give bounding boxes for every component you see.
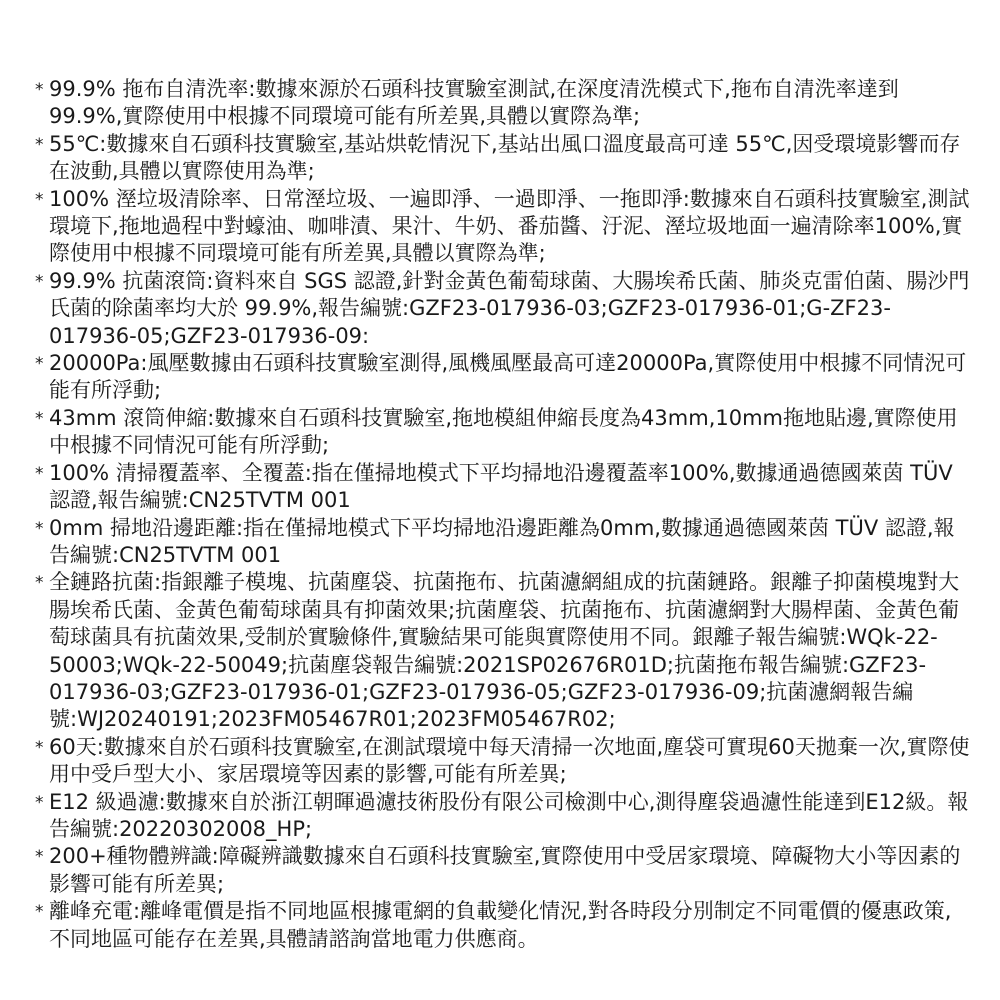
footnote-item: * E12 級過濾:數據來自於浙江朝暉過濾技術股份有限公司檢測中心,測得塵袋過濾… bbox=[35, 789, 972, 844]
asterisk-marker: * bbox=[35, 570, 44, 597]
asterisk-marker: * bbox=[35, 516, 44, 543]
asterisk-marker: * bbox=[35, 406, 44, 433]
asterisk-marker: * bbox=[35, 132, 44, 159]
footnote-item: * 20000Pa:風壓數據由石頭科技實驗室測得,風機風壓最高可達20000Pa… bbox=[35, 350, 972, 405]
asterisk-marker: * bbox=[35, 844, 44, 871]
footnote-text: 43mm 滾筒伸縮:數據來自石頭科技實驗室,拖地模組伸縮長度為43mm,10mm… bbox=[49, 406, 958, 457]
footnote-item: * 55℃:數據來自石頭科技實驗室,基站烘乾情況下,基站出風口溫度最高可達 55… bbox=[35, 131, 972, 186]
footnote-text: 離峰充電:離峰電價是指不同地區根據電網的負載變化情況,對各時段分別制定不同電價的… bbox=[49, 899, 951, 950]
asterisk-marker: * bbox=[35, 735, 44, 762]
footnote-item: * 200+種物體辨識:障礙辨識數據來自石頭科技實驗室,實際使用中受居家環境、障… bbox=[35, 843, 972, 898]
asterisk-marker: * bbox=[35, 351, 44, 378]
footnote-text: 99.9% 拖布自清洗率:數據來源於石頭科技實驗室測試,在深度清洗模式下,拖布自… bbox=[49, 77, 899, 128]
asterisk-marker: * bbox=[35, 187, 44, 214]
footnote-text: 20000Pa:風壓數據由石頭科技實驗室測得,風機風壓最高可達20000Pa,實… bbox=[49, 351, 966, 402]
disclaimer-page: * 99.9% 拖布自清洗率:數據來源於石頭科技實驗室測試,在深度清洗模式下,拖… bbox=[0, 0, 1000, 1000]
footnote-item: * 100% 溼垃圾清除率、日常溼垃圾、一遍即淨、一過即淨、一拖即淨:數據來自石… bbox=[35, 186, 972, 268]
asterisk-marker: * bbox=[35, 461, 44, 488]
footnote-item: * 全鏈路抗菌:指銀離子模塊、抗菌塵袋、抗菌拖布、抗菌濾網組成的抗菌鏈路。銀離子… bbox=[35, 569, 972, 733]
footnote-item: * 99.9% 拖布自清洗率:數據來源於石頭科技實驗室測試,在深度清洗模式下,拖… bbox=[35, 76, 972, 131]
footnote-text: E12 級過濾:數據來自於浙江朝暉過濾技術股份有限公司檢測中心,測得塵袋過濾性能… bbox=[49, 790, 968, 841]
footnote-text: 100% 清掃覆蓋率、全覆蓋:指在僅掃地模式下平均掃地沿邊覆蓋率100%,數據通… bbox=[49, 461, 953, 512]
footnote-text: 200+種物體辨識:障礙辨識數據來自石頭科技實驗室,實際使用中受居家環境、障礙物… bbox=[49, 844, 960, 895]
asterisk-marker: * bbox=[35, 790, 44, 817]
asterisk-marker: * bbox=[35, 899, 44, 926]
asterisk-marker: * bbox=[35, 77, 44, 104]
footnote-list: * 99.9% 拖布自清洗率:數據來源於石頭科技實驗室測試,在深度清洗模式下,拖… bbox=[35, 76, 972, 953]
footnote-item: * 0mm 掃地沿邊距離:指在僅掃地模式下平均掃地沿邊距離為0mm,數據通過德國… bbox=[35, 515, 972, 570]
footnote-item: * 99.9% 抗菌滾筒:資料來自 SGS 認證,針對金黃色葡萄球菌、大腸埃希氏… bbox=[35, 268, 972, 350]
footnote-text: 100% 溼垃圾清除率、日常溼垃圾、一遍即淨、一過即淨、一拖即淨:數據來自石頭科… bbox=[49, 187, 969, 266]
asterisk-marker: * bbox=[35, 269, 44, 296]
footnote-item: * 離峰充電:離峰電價是指不同地區根據電網的負載變化情況,對各時段分別制定不同電… bbox=[35, 898, 972, 953]
footnote-text: 99.9% 抗菌滾筒:資料來自 SGS 認證,針對金黃色葡萄球菌、大腸埃希氏菌、… bbox=[49, 269, 969, 348]
footnote-text: 0mm 掃地沿邊距離:指在僅掃地模式下平均掃地沿邊距離為0mm,數據通過德國萊茵… bbox=[49, 516, 955, 567]
footnote-item: * 100% 清掃覆蓋率、全覆蓋:指在僅掃地模式下平均掃地沿邊覆蓋率100%,數… bbox=[35, 460, 972, 515]
footnote-text: 全鏈路抗菌:指銀離子模塊、抗菌塵袋、抗菌拖布、抗菌濾網組成的抗菌鏈路。銀離子抑菌… bbox=[49, 570, 959, 731]
footnote-item: * 43mm 滾筒伸縮:數據來自石頭科技實驗室,拖地模組伸縮長度為43mm,10… bbox=[35, 405, 972, 460]
footnote-text: 60天:數據來自於石頭科技實驗室,在測試環境中每天清掃一次地面,塵袋可實現60天… bbox=[49, 735, 970, 786]
footnote-text: 55℃:數據來自石頭科技實驗室,基站烘乾情況下,基站出風口溫度最高可達 55℃,… bbox=[49, 132, 960, 183]
footnote-item: * 60天:數據來自於石頭科技實驗室,在測試環境中每天清掃一次地面,塵袋可實現6… bbox=[35, 734, 972, 789]
